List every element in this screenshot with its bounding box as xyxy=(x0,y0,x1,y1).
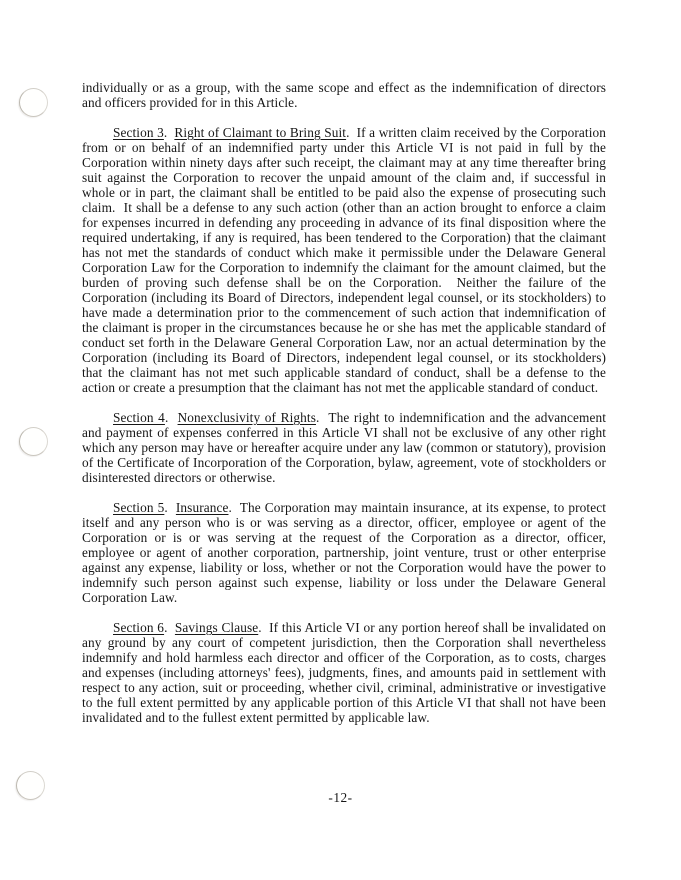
section-heading-run: Nonexclusivity of Rights xyxy=(178,410,316,425)
paragraph-section-6: Section 6. Savings Clause. If this Artic… xyxy=(82,620,606,725)
paragraph-section-5: Section 5. Insurance. The Corporation ma… xyxy=(82,500,606,605)
section-heading-run: Insurance xyxy=(176,500,229,515)
document-page: individually or as a group, with the sam… xyxy=(0,0,681,880)
body-text-run: . The Corporation may maintain insurance… xyxy=(82,500,606,605)
body-text-run: . xyxy=(164,125,175,140)
body-text-run: . xyxy=(164,500,176,515)
hole-punch-mark-middle xyxy=(19,427,48,456)
hole-punch-mark-top xyxy=(19,88,48,117)
body-text-run: . xyxy=(165,410,178,425)
page-number: -12- xyxy=(0,790,681,806)
paragraph-intro-continuation: individually or as a group, with the sam… xyxy=(82,80,606,110)
body-text-run: . If a written claim received by the Cor… xyxy=(82,125,606,395)
body-text-run: individually or as a group, with the sam… xyxy=(82,80,606,110)
section-heading-run: Section 5 xyxy=(113,500,164,515)
paragraph-section-4: Section 4. Nonexclusivity of Rights. The… xyxy=(82,410,606,485)
section-heading-run: Right of Claimant to Bring Suit xyxy=(174,125,346,140)
section-heading-run: Section 3 xyxy=(113,125,164,140)
paragraph-section-3: Section 3. Right of Claimant to Bring Su… xyxy=(82,125,606,395)
body-text-run: . If this Article VI or any portion here… xyxy=(82,620,606,725)
section-heading-run: Section 4 xyxy=(113,410,165,425)
document-body: individually or as a group, with the sam… xyxy=(82,80,606,740)
section-heading-run: Savings Clause xyxy=(175,620,258,635)
section-heading-run: Section 6 xyxy=(113,620,164,635)
body-text-run: . xyxy=(164,620,175,635)
